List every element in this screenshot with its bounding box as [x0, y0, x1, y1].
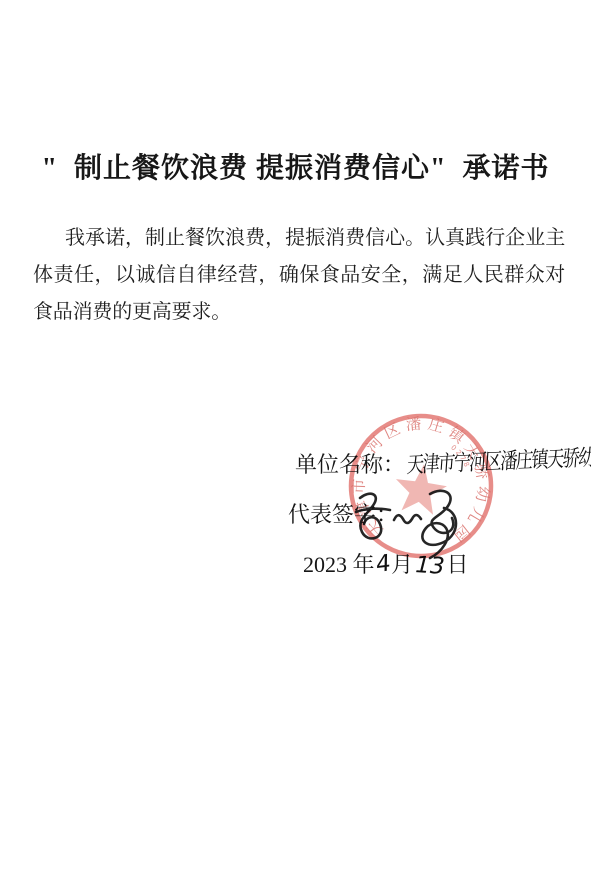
representative-signature-handwriting — [346, 486, 478, 570]
commitment-paragraph: 我承诺，制止餐饮浪费，提振消费信心。认真践行企业主体责任，以诚信自律经营，确保食… — [33, 220, 565, 331]
commitment-letter-page: " 制止餐饮浪费 提振消费信心" 承诺书 我承诺，制止餐饮浪费，提振消费信心。认… — [0, 0, 591, 886]
page-title: " 制止餐饮浪费 提振消费信心" 承诺书 — [0, 146, 591, 186]
